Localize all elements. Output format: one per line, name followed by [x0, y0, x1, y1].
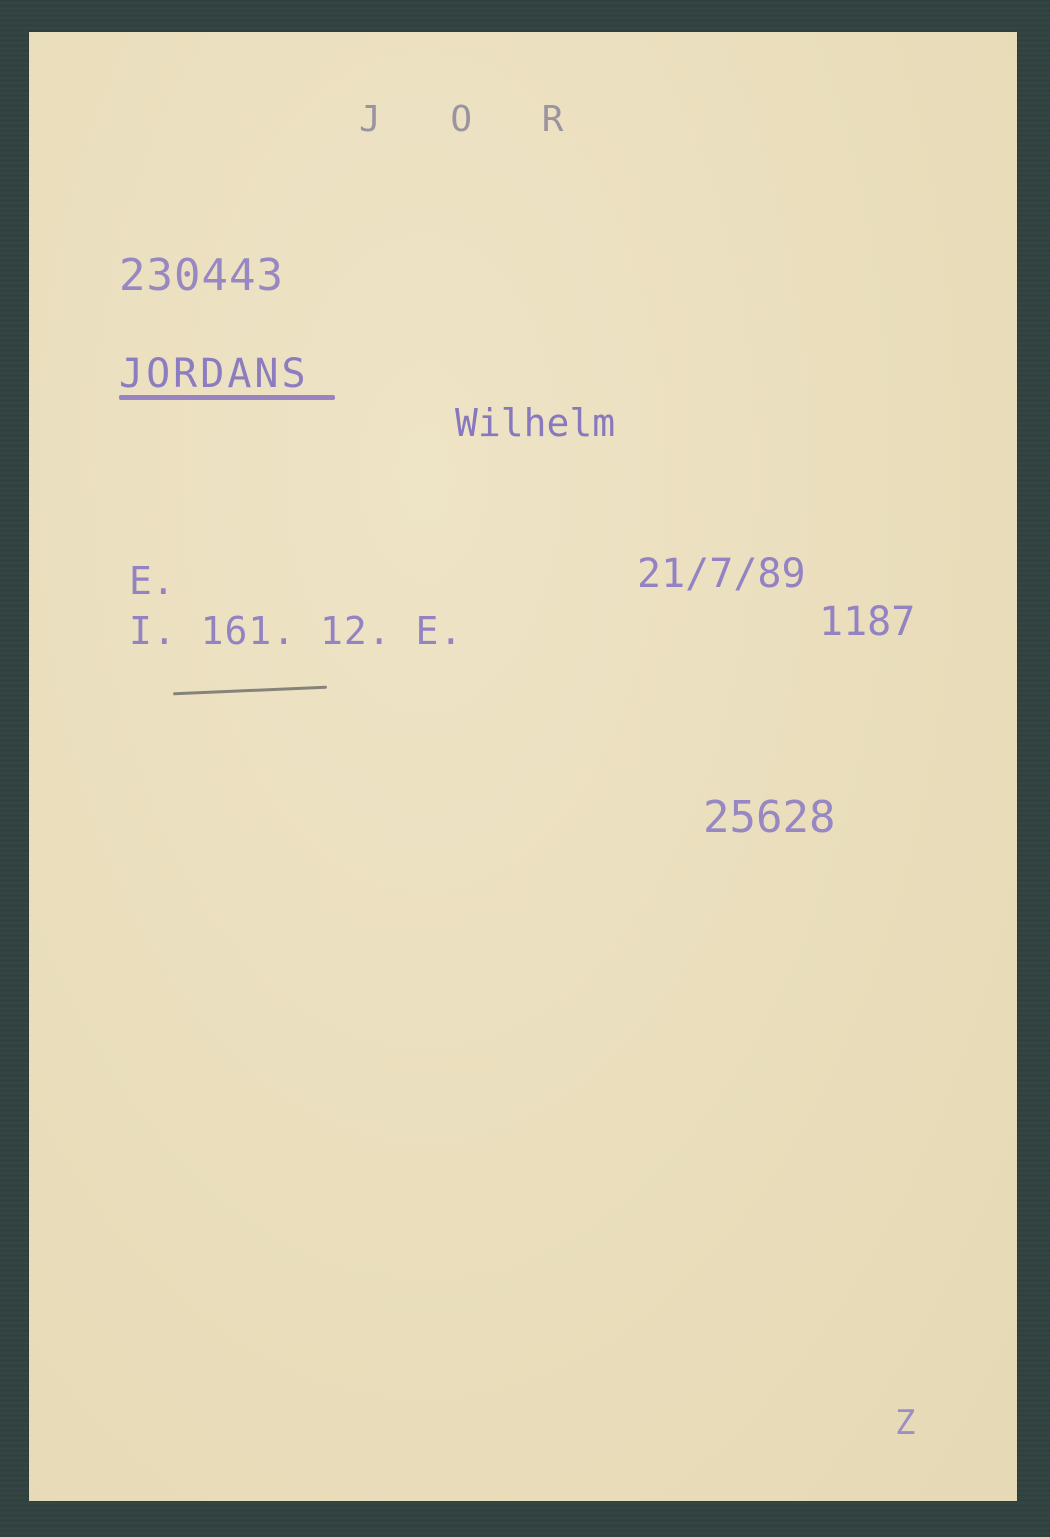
given-name: Wilhelm: [455, 404, 615, 442]
number-right: 1187: [819, 602, 915, 642]
surname: JORDANS: [119, 354, 309, 394]
date: 21/7/89: [637, 554, 806, 594]
surname-underline: [119, 395, 335, 400]
pencil-stroke: [173, 686, 327, 696]
corner-mark: Z: [895, 1406, 915, 1440]
code-line-2: I. 161. 12. E.: [129, 612, 463, 650]
index-card: J O R 230443 JORDANS Wilhelm E. I. 161. …: [29, 32, 1017, 1501]
number-lower: 25628: [703, 796, 835, 840]
id-number: 230443: [119, 254, 284, 298]
code-line-1: E.: [129, 562, 175, 600]
header-letters: J O R: [359, 102, 587, 138]
